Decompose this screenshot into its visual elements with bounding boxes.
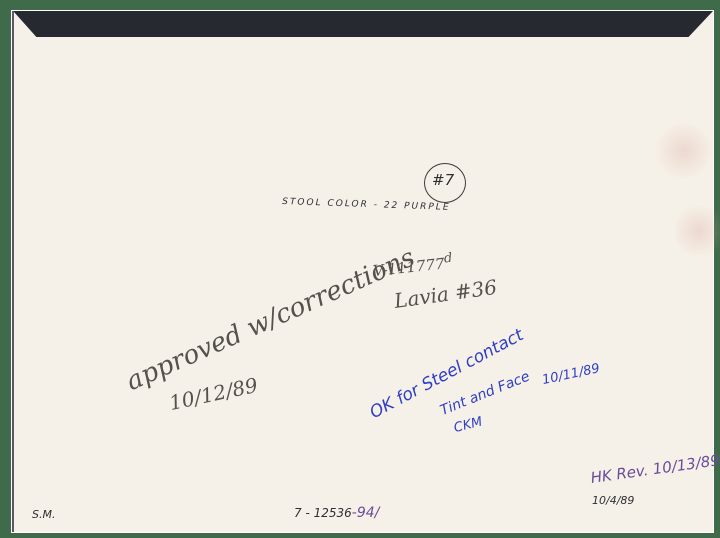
name-ref-note: Lavia #36: [393, 275, 499, 313]
steel-contact-date: 10/11/89: [541, 361, 601, 388]
approved-note: approved w/corrections: [122, 243, 420, 397]
part-suffix: d: [443, 251, 453, 267]
circled-number: #7: [432, 171, 454, 189]
paper-stain: [654, 121, 714, 181]
job-number-black: 7 - 12536: [294, 506, 352, 520]
document-paper: #7 STOOL COLOR - 22 PURPLE V-111777d Lav…: [12, 11, 713, 532]
paper-stain: [674, 201, 720, 261]
ckm-initials: CKM: [452, 414, 484, 436]
top-binding-band: [14, 11, 713, 37]
hk-revision-note: HK Rev. 10/13/89: [589, 451, 720, 487]
job-number-purple: -94/: [352, 505, 380, 521]
bottom-right-date: 10/4/89: [592, 494, 634, 507]
job-number: 7 - 12536-94/: [294, 505, 379, 521]
approved-date: 10/12/89: [167, 373, 260, 415]
stool-color-note: STOOL COLOR - 22 PURPLE: [282, 197, 451, 213]
initials-sm: S.M.: [32, 508, 55, 521]
